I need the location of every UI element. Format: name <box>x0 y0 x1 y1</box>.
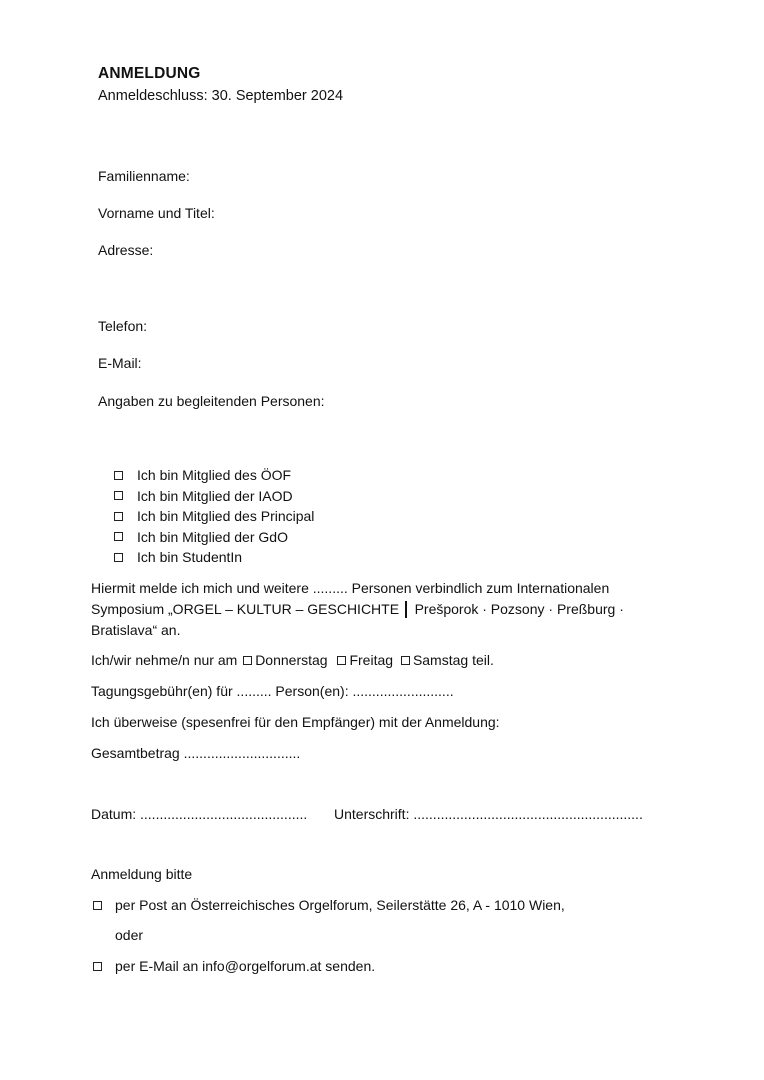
day-friday-label: Freitag <box>349 652 393 668</box>
day-thursday-label: Donnerstag <box>255 652 327 668</box>
first-name-title-label: Vorname und Titel: <box>98 204 215 222</box>
divider <box>405 601 407 618</box>
membership-option-oof[interactable]: Ich bin Mitglied des ÖOF <box>114 466 314 487</box>
checkbox[interactable] <box>114 512 123 521</box>
membership-option-iaod[interactable]: Ich bin Mitglied der IAOD <box>114 487 314 508</box>
family-name-label: Familienname: <box>98 167 190 185</box>
membership-option-student[interactable]: Ich bin StudentIn <box>114 548 314 569</box>
companions-label: Angaben zu begleitenden Personen: <box>98 392 325 410</box>
registration-line-1: Hiermit melde ich mich und weitere .....… <box>91 578 691 599</box>
membership-checklist: Ich bin Mitglied des ÖOF Ich bin Mitglie… <box>114 466 314 569</box>
phone-label: Telefon: <box>98 317 147 335</box>
fees-line: Tagungsgebühr(en) für ......... Person(e… <box>91 682 454 700</box>
signature-line: Unterschrift: ..........................… <box>334 805 643 823</box>
registration-line-2: Symposium „ORGEL – KULTUR – GESCHICHTEPr… <box>91 599 691 620</box>
send-by-post-option[interactable]: per Post an Österreichisches Orgelforum,… <box>93 896 565 914</box>
email-label: E-Mail: <box>98 354 142 372</box>
checkbox[interactable] <box>114 553 123 562</box>
transfer-line: Ich überweise (spesenfrei für den Empfän… <box>91 713 500 731</box>
checkbox-email[interactable] <box>93 962 102 971</box>
registration-line-3: Bratislava“ an. <box>91 620 691 641</box>
checkbox-thursday[interactable] <box>243 656 252 665</box>
or-text: oder <box>115 926 143 944</box>
checkbox[interactable] <box>114 532 123 541</box>
total-line: Gesamtbetrag ...........................… <box>91 744 300 762</box>
date-line: Datum: .................................… <box>91 805 307 823</box>
page-title: ANMELDUNG <box>98 65 201 83</box>
send-by-email-option[interactable]: per E-Mail an info@orgelforum.at senden. <box>93 957 375 975</box>
deadline-text: Anmeldeschluss: 30. September 2024 <box>98 87 343 105</box>
checkbox-post[interactable] <box>93 901 102 910</box>
registration-statement: Hiermit melde ich mich und weitere .....… <box>91 578 691 641</box>
checkbox[interactable] <box>114 471 123 480</box>
address-label: Adresse: <box>98 241 153 259</box>
checkbox[interactable] <box>114 491 123 500</box>
checkbox-friday[interactable] <box>337 656 346 665</box>
membership-option-gdo[interactable]: Ich bin Mitglied der GdO <box>114 528 314 549</box>
membership-option-principal[interactable]: Ich bin Mitglied des Principal <box>114 507 314 528</box>
days-selection: Ich/wir nehme/n nur am Donnerstag Freita… <box>91 651 494 669</box>
day-saturday-label: Samstag teil. <box>413 652 494 668</box>
send-intro: Anmeldung bitte <box>91 865 192 883</box>
checkbox-saturday[interactable] <box>401 656 410 665</box>
